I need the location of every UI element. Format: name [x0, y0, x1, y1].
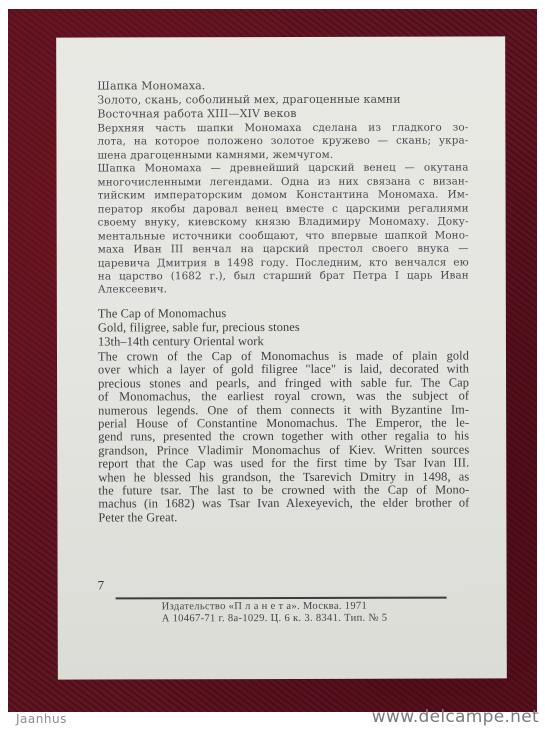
text-line: report that the Cap was used for the fir…: [98, 457, 469, 471]
page-number: 7: [98, 577, 105, 593]
text-line: Шапка Мономаха.: [97, 79, 205, 92]
text-line: Восточная работа XIII—XIV веков: [97, 107, 296, 121]
text-line: царевича Дмитрия в 1498 году. Последним,…: [98, 256, 469, 270]
text-line: Gold, filigree, sable fur, precious ston…: [98, 321, 300, 335]
text-line: The Cap of Monomachus: [98, 307, 226, 320]
site-watermark: www.delcampe.net: [372, 707, 539, 727]
text-line: шена драгоценными камнями, жемчугом.: [97, 149, 333, 163]
text-line: Шапка Мономаха — древнейший царский вене…: [97, 162, 468, 176]
footer-rule: [116, 597, 447, 599]
english-description: The crown of the Cap of Monomachus is ma…: [56, 36, 505, 37]
russian-description: Верхняя часть шапки Мономаха сделана из …: [56, 36, 505, 37]
russian-title-block: Шапка Мономаха.Золото, скань, соболиный …: [56, 36, 505, 37]
text-line: тийским императорским домом Константина …: [98, 189, 469, 203]
text-line: Золото, скань, соболиный мех, драгоценны…: [97, 93, 400, 107]
text-line: маха Иван III венчал на царский престол …: [98, 243, 469, 257]
text-line: Peter the Great.: [98, 511, 177, 524]
seller-watermark: Jaanhus: [16, 712, 67, 726]
text-line: многочисленными легендами. Одна из них с…: [98, 175, 469, 189]
text-line: ментальные источники сообщают, что вперв…: [98, 229, 469, 243]
text-line: на царство (1682 г.), был старший брат П…: [98, 269, 469, 283]
text-line: Алексеевич.: [98, 284, 167, 297]
print-details: А 10467-71 г. 8а-1029. Ц. 6 к. 3. 8341. …: [162, 613, 388, 626]
text-line: machus (in 1682) was Tsar Ivan Alexeyevi…: [98, 497, 469, 511]
text-line: своему внуку, киевскому князю Владимиру …: [98, 216, 469, 230]
publisher-imprint: Издательство «П л а н е т а». Москва. 19…: [162, 601, 367, 614]
postcard-back: Шапка Мономаха.Золото, скань, соболиный …: [56, 36, 507, 679]
text-line: 13th–14th century Oriental work: [98, 335, 264, 348]
text-line: лота, на которое положено золотое кружев…: [97, 135, 468, 149]
text-line: of Monomachus, the earliest royal crown,…: [98, 390, 469, 404]
english-title-block: The Cap of MonomachusGold, filigree, sab…: [56, 36, 505, 37]
text-line: ператор якобы даровал венец вместе с цар…: [98, 202, 469, 216]
text-line: Верхняя часть шапки Мономаха сделана из …: [97, 122, 468, 136]
